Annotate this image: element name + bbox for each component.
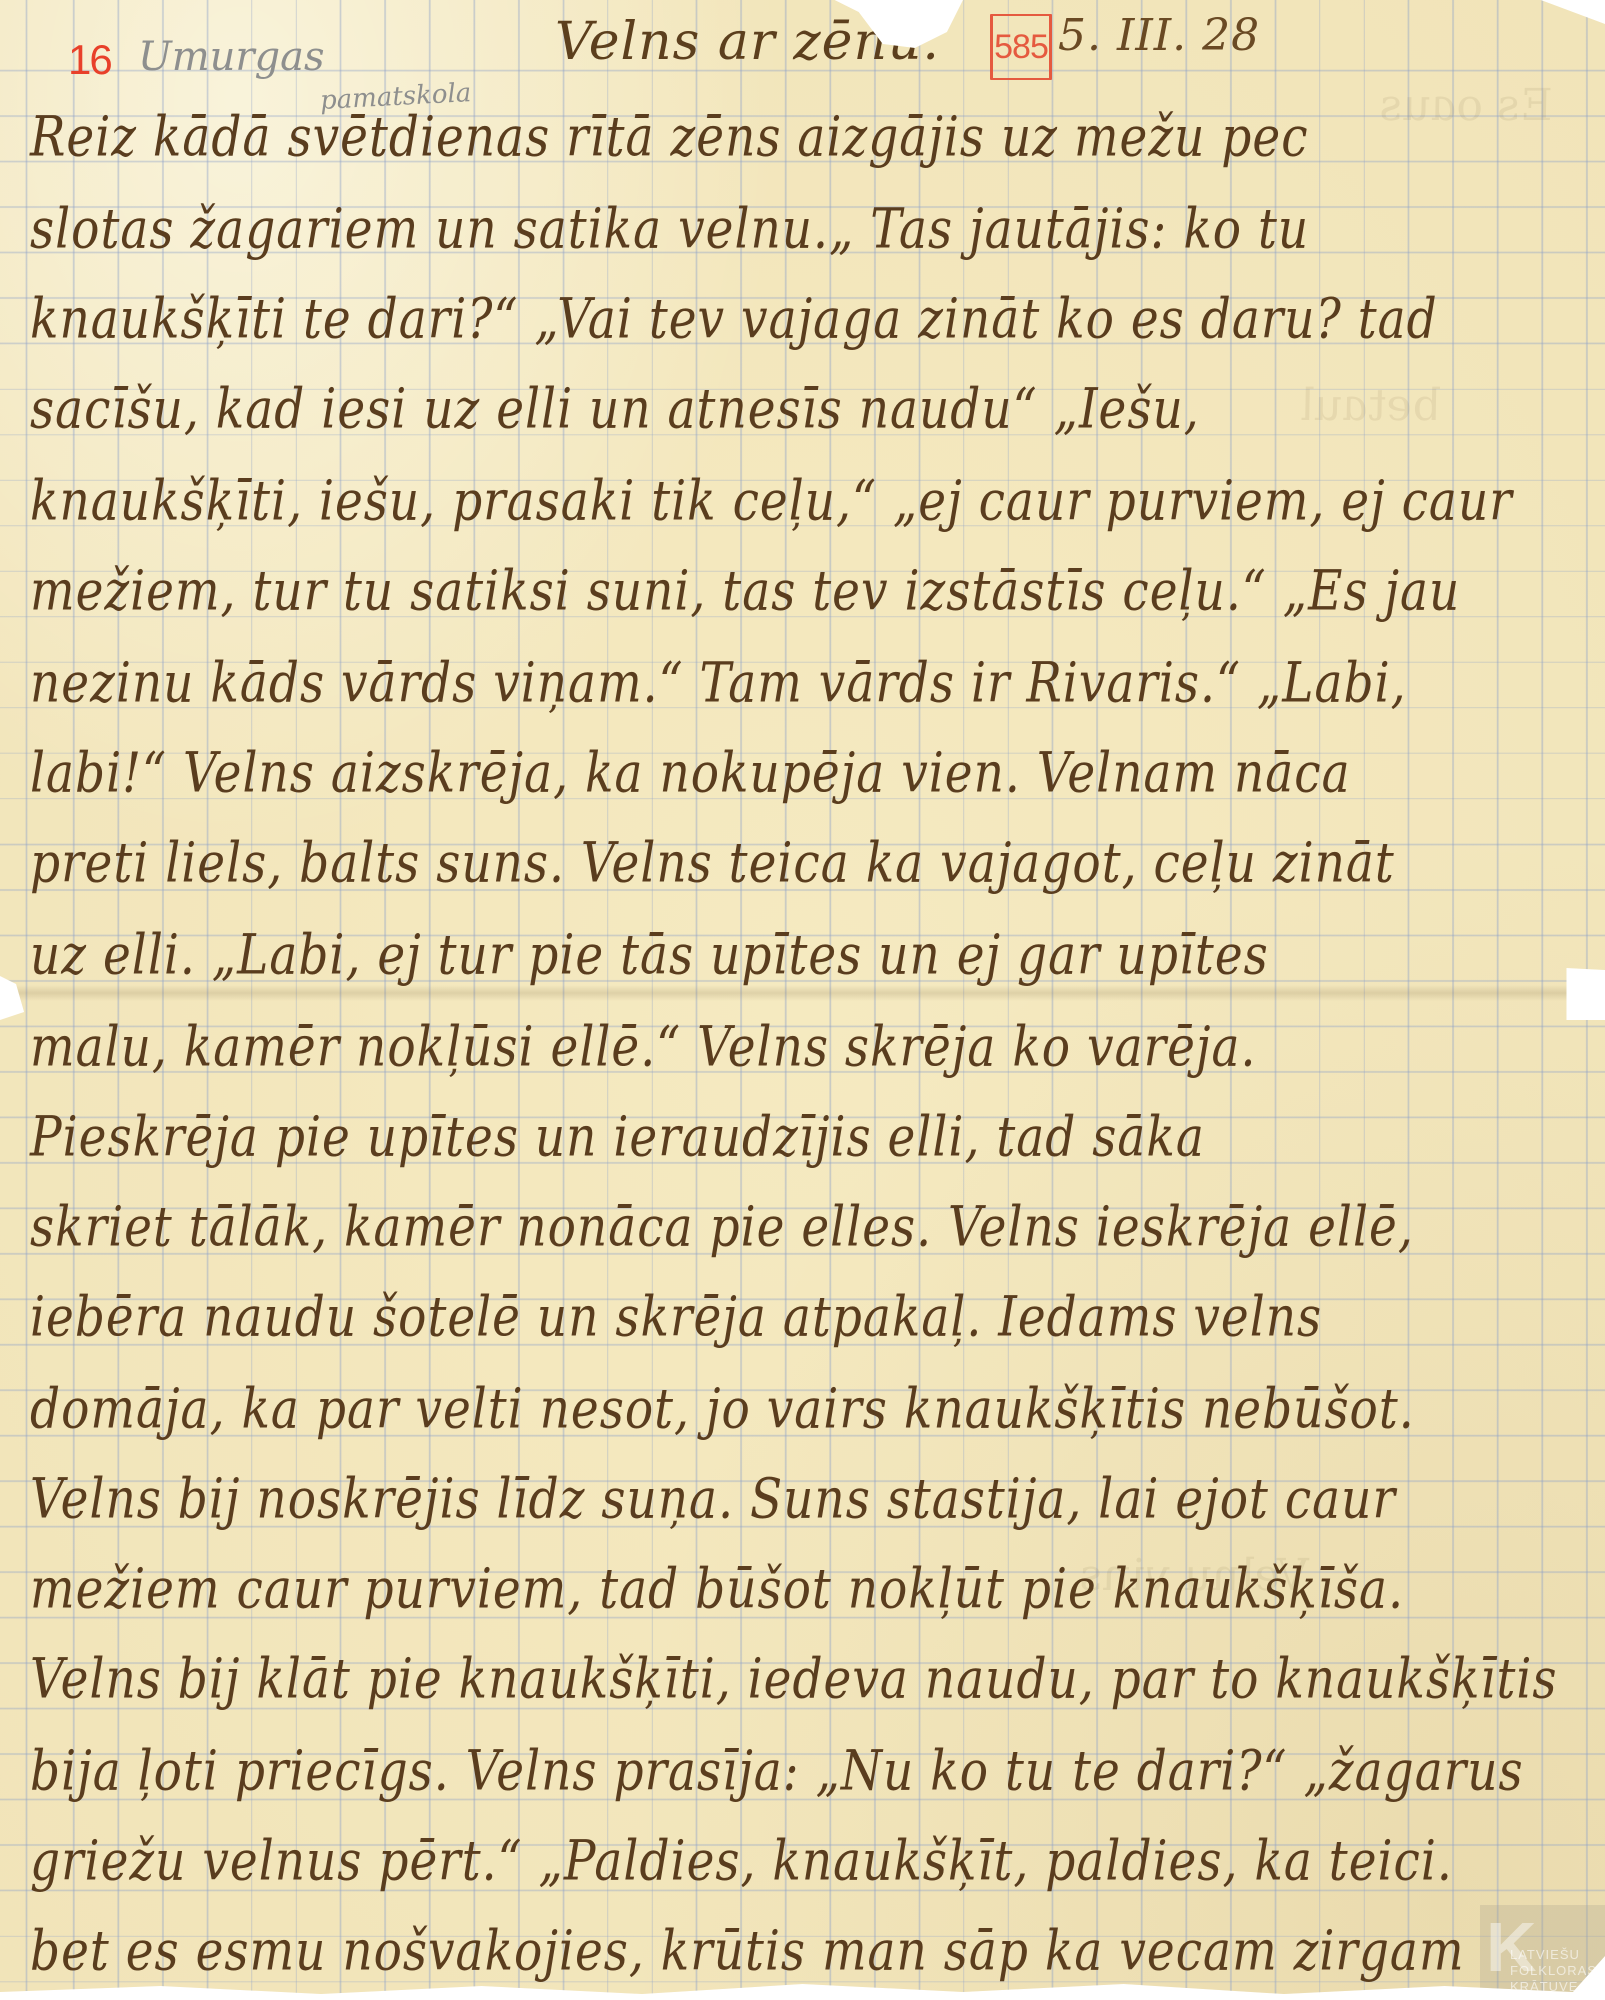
manuscript-page: Es oaus betaul Velnu vins 16 Umurgas pam… <box>0 0 1605 2000</box>
text-line: slotas žagariem un satika velnu.„ Tas ja… <box>30 202 1309 257</box>
text-line: nezinu kāds vārds viņam.“ Tam vārds ir R… <box>30 656 1407 711</box>
text-line: uz elli. „Labi, ej tur pie tās upītes un… <box>30 928 1269 983</box>
text-line: iebēra naudu šotelē un skrēja atpakaļ. I… <box>30 1290 1322 1345</box>
text-line: sacīšu, kad iesi uz elli un atnesīs naud… <box>30 382 1200 437</box>
text-line: knaukšķīti, iešu, prasaki tik ceļu,“ „ej… <box>30 474 1513 529</box>
text-line: mežiem, tur tu satiksi suni, tas tev izs… <box>30 564 1460 619</box>
text-line: preti liels, balts suns. Velns teica ka … <box>30 836 1395 891</box>
text-line: bet es esmu nošvakojies, krūtis man sāp … <box>30 1924 1465 1979</box>
text-line: griežu velnus pērt.“ „Paldies, knaukšķīt… <box>30 1834 1453 1889</box>
text-line: Reiz kādā svētdienas rītā zēns aizgājis … <box>30 110 1309 165</box>
story-body: Reiz kādā svētdienas rītā zēns aizgājis … <box>0 0 1605 2000</box>
text-line: mežiem caur purviem, tad būšot nokļūt pi… <box>30 1562 1404 1617</box>
text-line: bija ļoti priecīgs. Velns prasīja: „Nu k… <box>30 1744 1524 1799</box>
text-line: labi!“ Velns aizskrēja, ka nokupēja vien… <box>30 746 1351 801</box>
text-line: Pieskrēja pie upītes un ieraudzījis elli… <box>30 1110 1205 1165</box>
text-line: domāja, ka par velti nesot, jo vairs kna… <box>30 1382 1415 1437</box>
text-line: Velns bij noskrējis līdz suņa. Suns stas… <box>30 1472 1396 1527</box>
text-line: Velns bij klāt pie knaukšķīti, iedeva na… <box>30 1652 1558 1707</box>
text-line: skriet tālāk, kamēr nonāca pie elles. Ve… <box>30 1200 1414 1255</box>
text-line: knaukšķīti te dari?“ „Vai tev vajaga zin… <box>30 292 1438 347</box>
text-line: malu, kamēr nokļūsi ellē.“ Velns skrēja … <box>30 1020 1256 1075</box>
